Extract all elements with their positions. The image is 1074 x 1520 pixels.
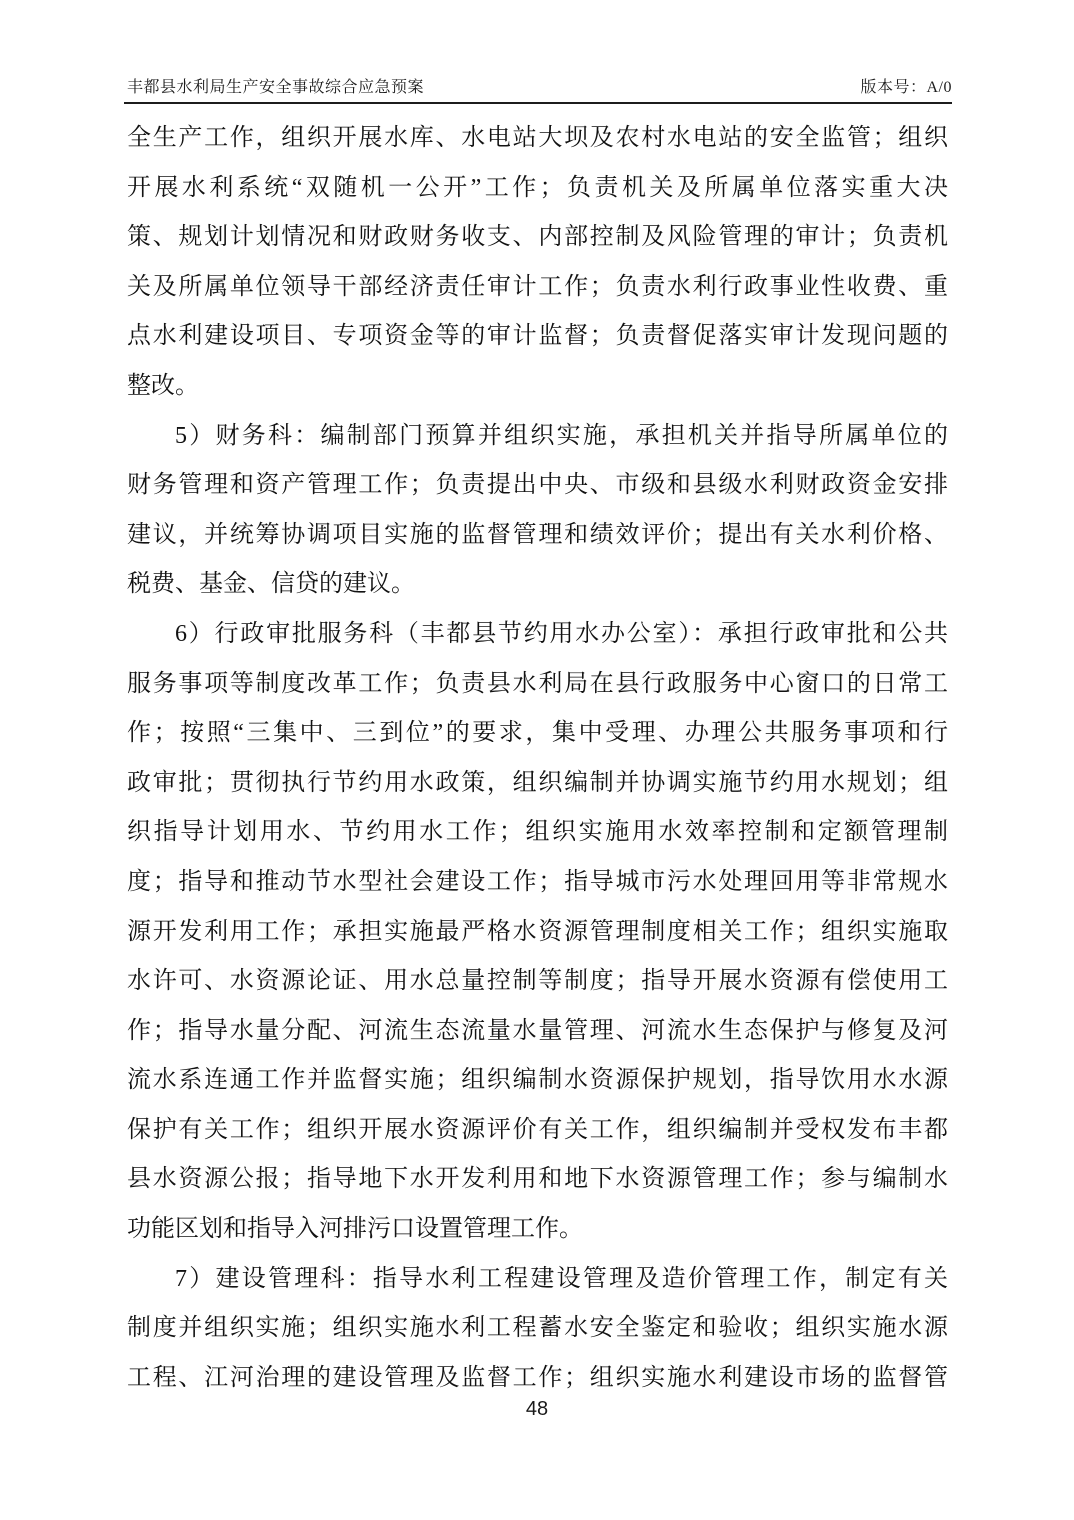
body-line: 整改。: [127, 362, 948, 412]
body-line: 服务事项等制度改革工作；负责县水利局在县行政服务中心窗口的日常工: [127, 660, 948, 710]
body-line: 源开发利用工作；承担实施最严格水资源管理制度相关工作；组织实施取: [127, 908, 948, 958]
body-line: 财务管理和资产管理工作；负责提出中央、市级和县级水利财政资金安排: [127, 461, 948, 511]
body-line: 税费、基金、信贷的建议。: [127, 560, 948, 610]
body-line: 策、规划计划情况和财政财务收支、内部控制及风险管理的审计；负责机: [127, 213, 948, 263]
body-line: 功能区划和指导入河排污口设置管理工作。: [127, 1205, 948, 1255]
page-header: 丰都县水利局生产安全事故综合应急预案 版本号：A/0: [124, 74, 952, 104]
document-body: 全生产工作，组织开展水库、水电站大坝及农村水电站的安全监管；组织 开展水利系统“…: [127, 114, 948, 1403]
header-title: 丰都县水利局生产安全事故综合应急预案: [124, 74, 424, 97]
body-line-section-6: 6）行政审批服务科（丰都县节约用水办公室）：承担行政审批和公共: [127, 610, 948, 660]
page-number: 48: [526, 1398, 548, 1420]
body-line: 政审批；贯彻执行节约用水政策，组织编制并协调实施节约用水规划；组: [127, 759, 948, 809]
page-footer: 48: [0, 1398, 1074, 1421]
body-line: 作；指导水量分配、河流生态流量水量管理、河流水生态保护与修复及河: [127, 1007, 948, 1057]
body-line: 作；按照“三集中、三到位”的要求，集中受理、办理公共服务事项和行: [127, 709, 948, 759]
body-line: 县水资源公报；指导地下水开发利用和地下水资源管理工作；参与编制水: [127, 1155, 948, 1205]
body-line: 保护有关工作；组织开展水资源评价有关工作，组织编制并受权发布丰都: [127, 1106, 948, 1156]
body-line: 建议，并统筹协调项目实施的监督管理和绩效评价；提出有关水利价格、: [127, 511, 948, 561]
body-line-section-7: 7）建设管理科：指导水利工程建设管理及造价管理工作，制定有关: [127, 1255, 948, 1305]
body-line: 关及所属单位领导干部经济责任审计工作；负责水利行政事业性收费、重: [127, 263, 948, 313]
header-version-label: 版本号：A/0: [860, 74, 952, 97]
body-line: 流水系连通工作并监督实施；组织编制水资源保护规划，指导饮用水水源: [127, 1056, 948, 1106]
body-line: 度；指导和推动节水型社会建设工作；指导城市污水处理回用等非常规水: [127, 858, 948, 908]
body-line: 水许可、水资源论证、用水总量控制等制度；指导开展水资源有偿使用工: [127, 957, 948, 1007]
body-line: 全生产工作，组织开展水库、水电站大坝及农村水电站的安全监管；组织: [127, 114, 948, 164]
body-line: 点水利建设项目、专项资金等的审计监督；负责督促落实审计发现问题的: [127, 312, 948, 362]
body-line: 开展水利系统“双随机一公开”工作；负责机关及所属单位落实重大决: [127, 164, 948, 214]
body-line: 工程、江河治理的建设管理及监督工作；组织实施水利建设市场的监督管: [127, 1354, 948, 1404]
body-line-section-5: 5）财务科：编制部门预算并组织实施，承担机关并指导所属单位的: [127, 412, 948, 462]
body-line: 制度并组织实施；组织实施水利工程蓄水安全鉴定和验收；组织实施水源: [127, 1304, 948, 1354]
document-page: 丰都县水利局生产安全事故综合应急预案 版本号：A/0 全生产工作，组织开展水库、…: [0, 0, 1074, 1520]
body-line: 织指导计划用水、节约用水工作；组织实施用水效率控制和定额管理制: [127, 808, 948, 858]
